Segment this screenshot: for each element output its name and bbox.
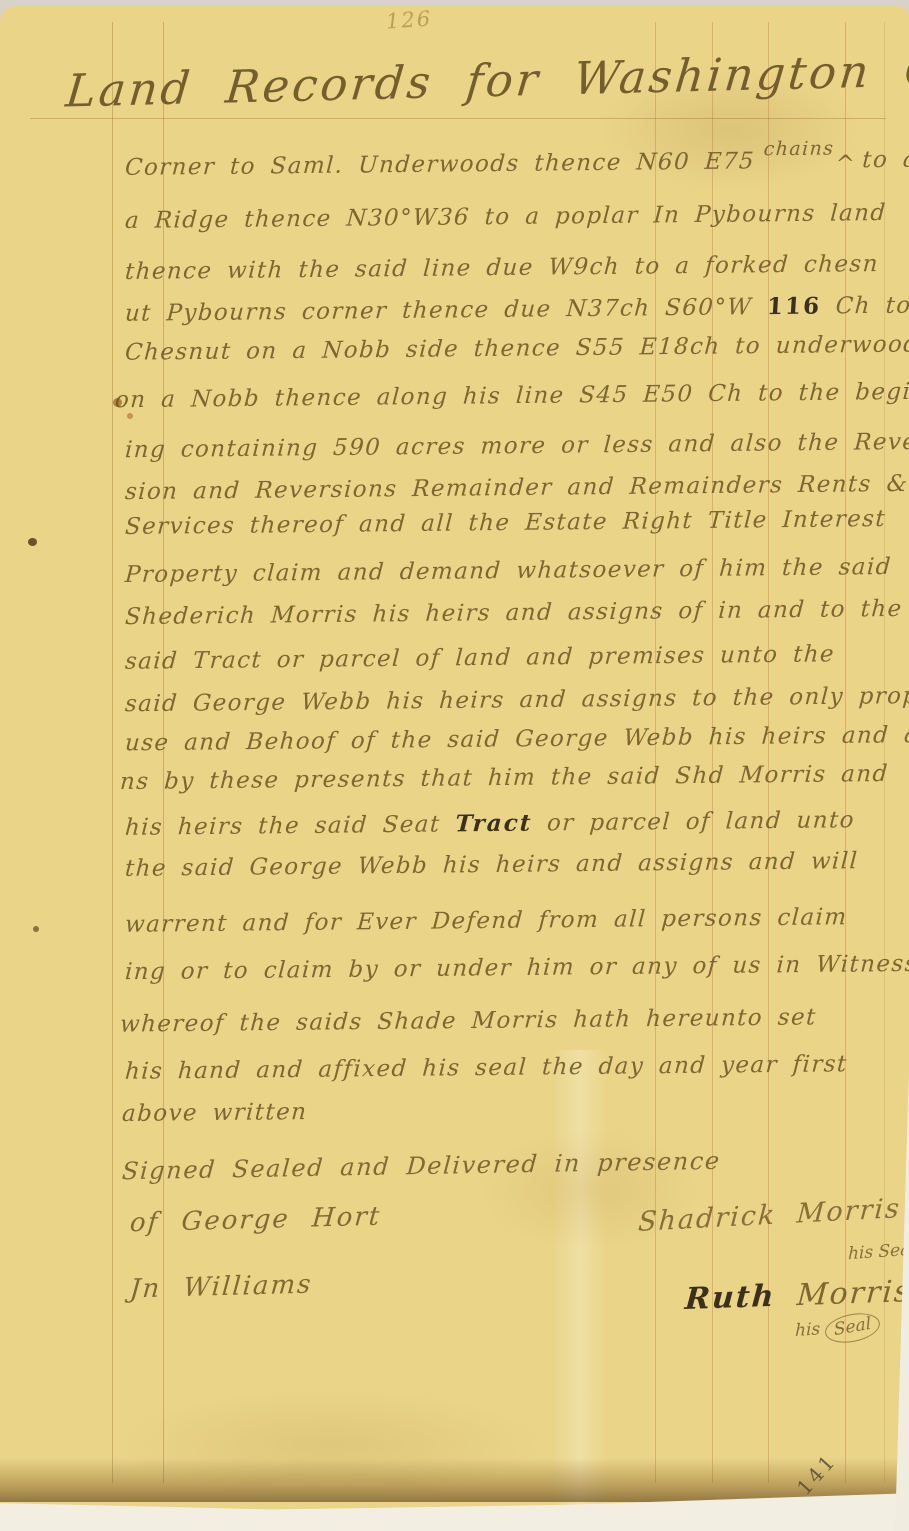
signature-text: Morris — [774, 1274, 909, 1314]
rule-line-vertical — [112, 22, 113, 1483]
line-text: or parcel of land unto — [532, 807, 856, 836]
witness-signature: Jn Williams — [129, 1270, 314, 1305]
ink-blot — [127, 413, 133, 419]
rule-line-vertical — [768, 22, 769, 1483]
seal-annotation: hisSeal — [795, 1312, 881, 1346]
rule-line-horizontal — [30, 118, 886, 119]
rule-line-vertical — [712, 22, 713, 1483]
seal-annotation: his Sea — [848, 1240, 909, 1264]
rule-line-vertical — [655, 22, 656, 1483]
inserted-word-chains: chains — [763, 137, 835, 160]
line-text: Ch to a forked — [820, 291, 909, 319]
overwritten-name: Ruth — [684, 1279, 777, 1317]
paper-crease — [552, 1050, 608, 1520]
line-text: his heirs the said Seat — [124, 811, 456, 840]
caret-mark: ^ — [835, 151, 857, 177]
rule-line-vertical — [845, 22, 846, 1483]
ink-blot — [33, 926, 39, 932]
top-page-mark: 126 — [385, 6, 433, 33]
rule-line-vertical — [884, 22, 885, 1483]
overwritten-word: Tract — [454, 810, 533, 838]
ink-blot — [28, 538, 37, 546]
scanned-document-page: 126 Land Records for Washington County C… — [0, 0, 909, 1531]
document-line: above written — [121, 1099, 308, 1127]
line-text: to a poplar on — [862, 145, 909, 173]
seal-his-label: his — [795, 1319, 820, 1341]
surveyor-number-annotation: 116 — [766, 292, 822, 320]
page-bottom-edge — [0, 1458, 909, 1502]
